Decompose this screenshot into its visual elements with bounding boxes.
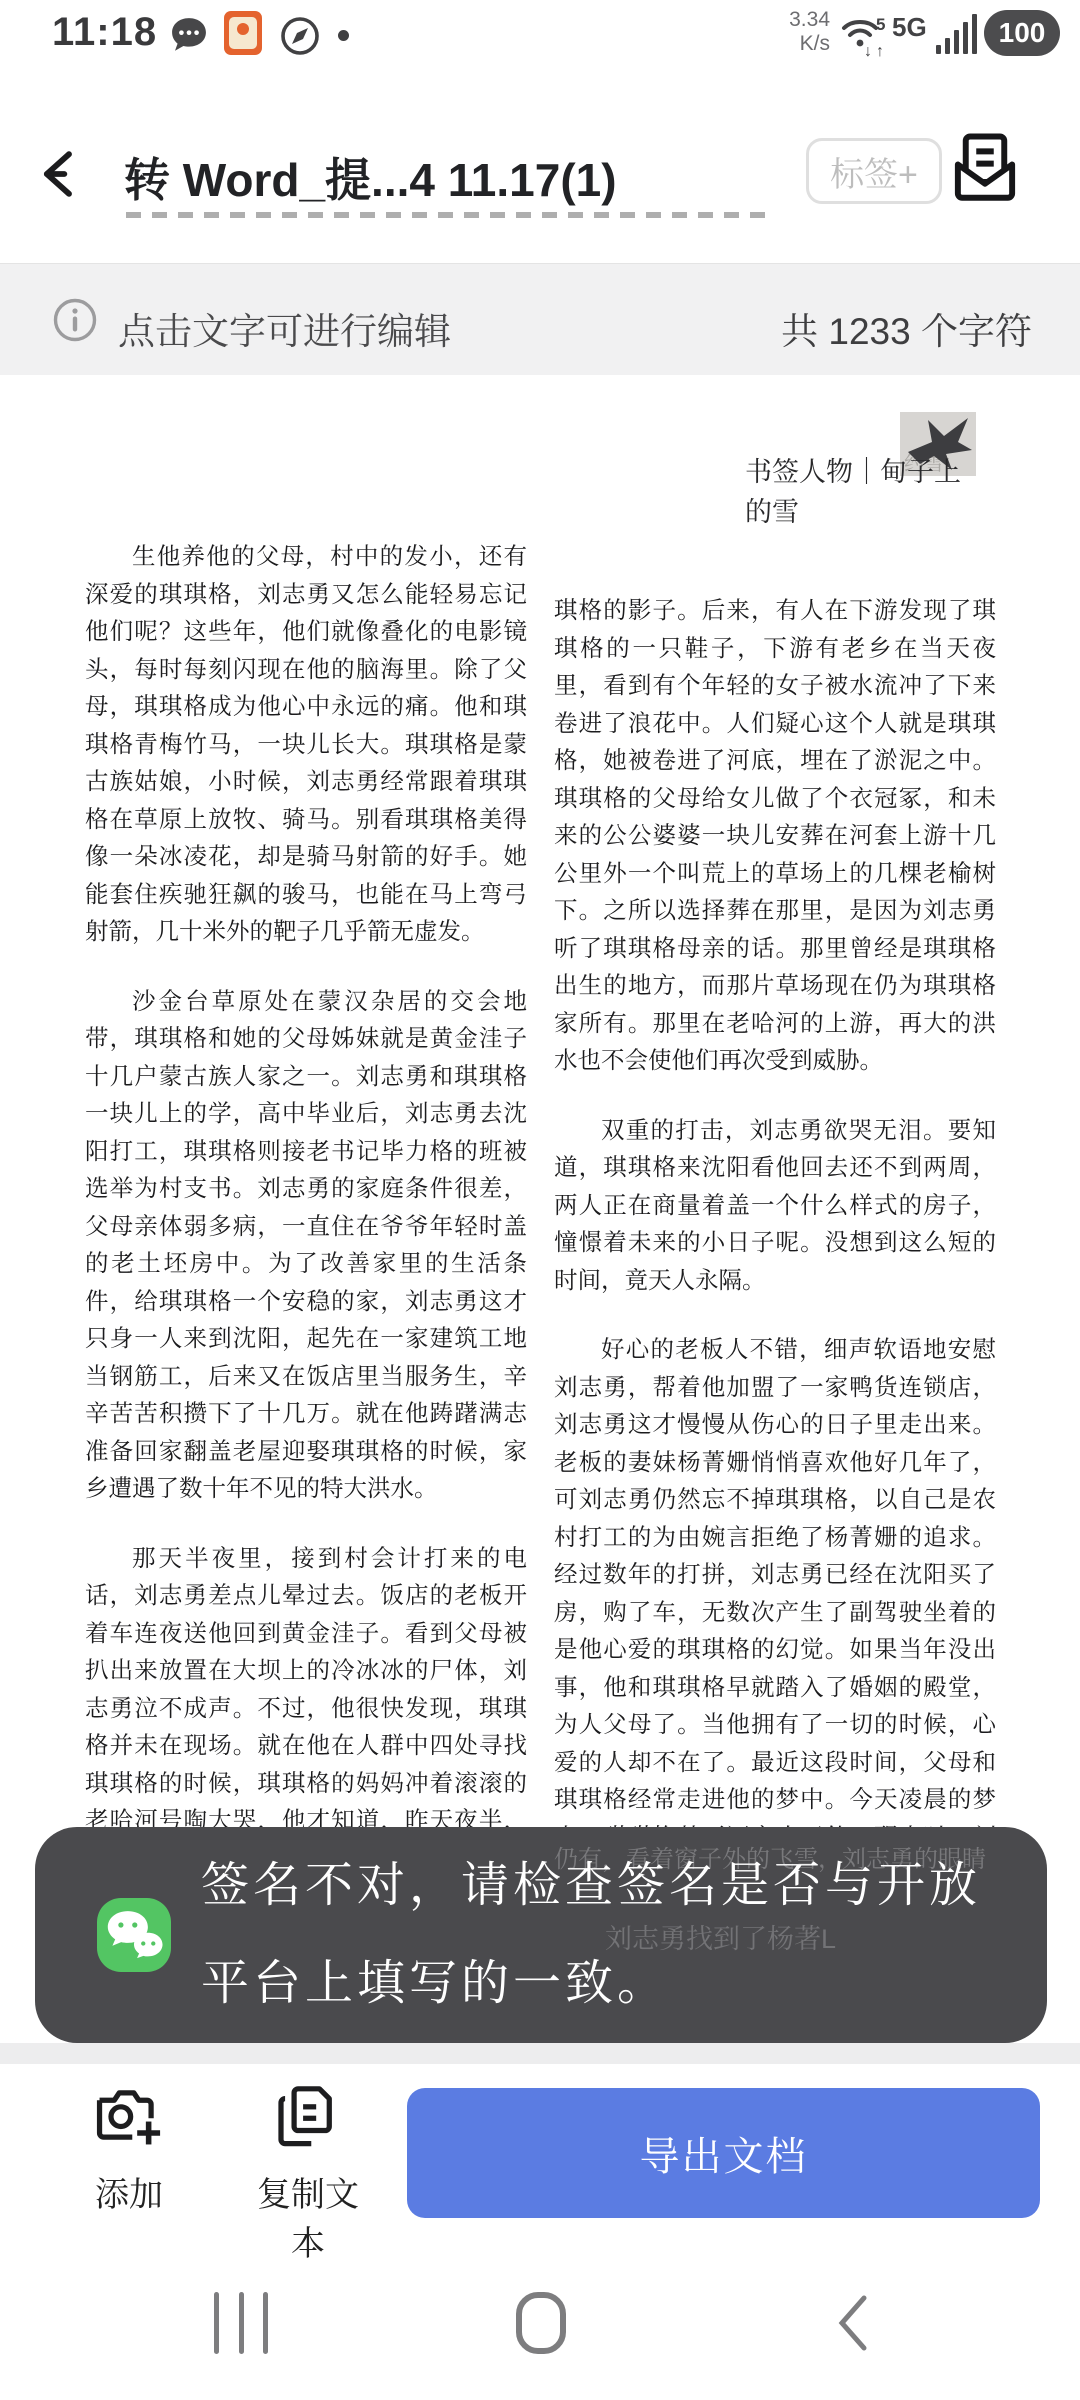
- add-label: 添加: [69, 2167, 189, 2216]
- edit-hint-text: 点击文字可进行编辑: [118, 301, 451, 355]
- notification-dot-icon: [338, 30, 349, 41]
- paragraph[interactable]: 生他养他的父母，村中的发小，还有深爱的琪琪格，刘志勇又怎么能轻易忘记他们呢？这些…: [85, 538, 527, 951]
- text-column-right[interactable]: 琪格的影子。后来，有人在下游发现了琪琪格的一只鞋子，下游有老乡在当天夜里，看到有…: [554, 592, 996, 1926]
- system-navigation-bar: [0, 2270, 1080, 2400]
- paragraph[interactable]: 琪格的影子。后来，有人在下游发现了琪琪格的一只鞋子，下游有老乡在当天夜里，看到有…: [554, 592, 996, 1080]
- export-document-button[interactable]: 导出文档: [407, 2088, 1040, 2218]
- copy-text-label: 复制文本: [248, 2167, 368, 2265]
- svg-text:↓: ↓: [864, 43, 872, 58]
- info-icon: [52, 297, 98, 343]
- toast-message: 签名不对，请检查签名是否与开放平台上填写的一致。: [201, 1827, 1013, 2043]
- photo-caption[interactable]: 书签人物｜甸子上 的雪: [745, 452, 995, 532]
- wechat-error-toast: 仍有，看着窗子外的飞雪，刘志勇的眼睛 刘志勇找到了杨著L 签名不对，请检查签名是…: [35, 1827, 1047, 2043]
- network-type-label: 5G: [892, 12, 927, 43]
- add-page-button[interactable]: 添加: [69, 2082, 189, 2216]
- document-title[interactable]: 转 Word_提...4 11.17(1): [124, 144, 774, 210]
- title-dashed-underline: [126, 212, 768, 218]
- paragraph[interactable]: 沙金台草原处在蒙汉杂居的交会地带，琪琪格和她的父母姊妹就是黄金洼子十几户蒙古族人…: [85, 983, 527, 1508]
- paragraph[interactable]: 双重的打击，刘志勇欲哭无泪。要知道，琪琪格来沈阳看他回去还不到两周，两人正在商量…: [554, 1112, 996, 1300]
- camera-add-icon: [93, 2135, 165, 2152]
- red-envelope-notification-icon: [224, 11, 262, 55]
- svg-text:5: 5: [876, 15, 885, 34]
- home-button[interactable]: [516, 2292, 566, 2354]
- svg-text:↑: ↑: [876, 43, 884, 58]
- send-document-icon[interactable]: [950, 132, 1020, 204]
- copy-text-button[interactable]: 复制文本: [248, 2082, 368, 2265]
- signal-bars-icon: [936, 14, 978, 54]
- copy-document-icon: [272, 2135, 344, 2152]
- header: 转 Word_提...4 11.17(1) 标签+: [0, 66, 1080, 226]
- add-tag-button[interactable]: 标签+: [806, 138, 942, 204]
- sheet-divider: [0, 2043, 1080, 2064]
- text-column-left[interactable]: 生他养他的父母，村中的发小，还有深爱的琪琪格，刘志勇又怎么能轻易忘记他们呢？这些…: [85, 538, 527, 1984]
- status-bar: 11:18 3.34 K/s 5 ↓ ↑ 5G 100: [0, 0, 1080, 66]
- wechat-icon: [97, 1898, 171, 1972]
- recents-button[interactable]: [214, 2292, 268, 2354]
- back-button[interactable]: [34, 146, 90, 202]
- edit-hint-bar: 点击文字可进行编辑 共 1233 个字符: [0, 263, 1080, 375]
- network-speed: 3.34 K/s: [768, 8, 830, 56]
- bottom-toolbar: 添加 复制文本 导出文档: [0, 2064, 1080, 2264]
- nav-back-button[interactable]: [832, 2292, 872, 2354]
- paragraph[interactable]: 好心的老板人不错，细声软语地安慰刘志勇，帮着他加盟了一家鸭货连锁店，刘志勇这才慢…: [554, 1331, 996, 1894]
- battery-indicator: 100: [984, 10, 1060, 56]
- message-notification-icon: [168, 14, 210, 61]
- clock: 11:18: [52, 10, 157, 55]
- compass-notification-icon: [278, 14, 322, 63]
- character-count: 共 1233 个字符: [781, 301, 1032, 355]
- wifi-icon: 5 ↓ ↑: [838, 12, 890, 63]
